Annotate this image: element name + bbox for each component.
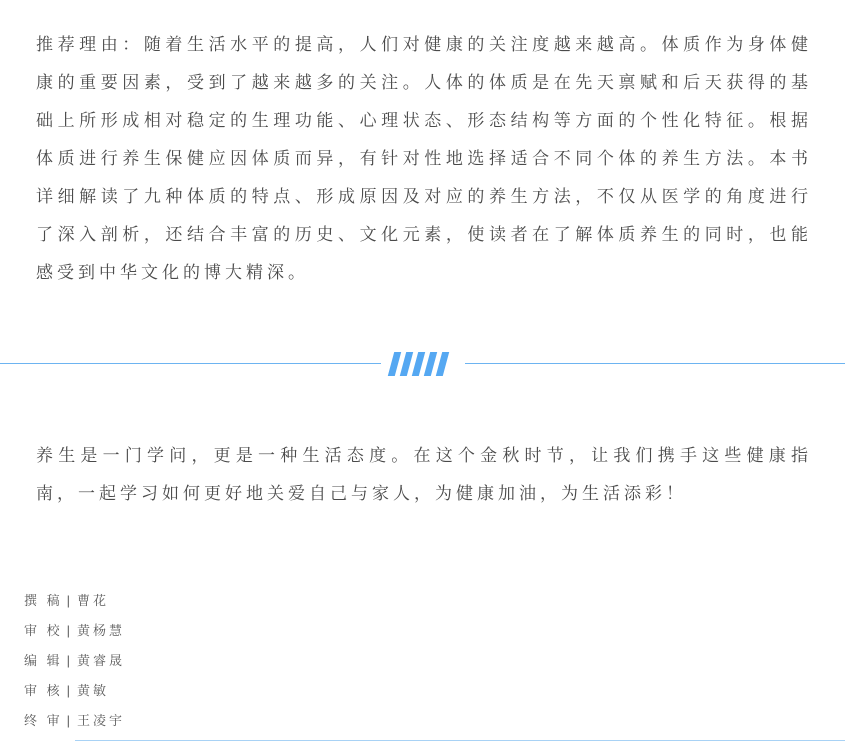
credit-name: 黄睿晟 (77, 653, 125, 668)
credit-row: 撰 稿|曹花 (24, 586, 845, 616)
credit-name: 黄杨慧 (77, 623, 125, 638)
divider-line-right (465, 363, 845, 364)
slash-bar (436, 352, 449, 376)
slash-bar (424, 352, 437, 376)
slash-bar (388, 352, 401, 376)
credit-role: 编 辑 (24, 653, 63, 668)
slashes-icon (389, 351, 449, 376)
article-body: 推荐理由：随着生活水平的提高，人们对健康的关注度越来越高。体质作为身体健康的重要… (0, 0, 845, 736)
credit-separator: | (67, 676, 70, 706)
bottom-divider (75, 740, 845, 741)
divider-line-left (0, 363, 381, 364)
credit-row: 终 审|王凌宇 (24, 706, 845, 736)
slash-bar (412, 352, 425, 376)
credit-separator: | (67, 616, 70, 646)
recommendation-paragraph: 推荐理由：随着生活水平的提高，人们对健康的关注度越来越高。体质作为身体健康的重要… (36, 26, 812, 292)
credits-list: 撰 稿|曹花 审 校|黄杨慧 编 辑|黄睿晟 审 核|黄敏 终 审|王凌宇 (0, 586, 845, 736)
credit-row: 编 辑|黄睿晟 (24, 646, 845, 676)
credit-separator: | (67, 646, 70, 676)
credit-role: 撰 稿 (24, 593, 63, 608)
credit-name: 王凌宇 (77, 713, 125, 728)
closing-paragraph: 养生是一门学问，更是一种生活态度。在这个金秋时节，让我们携手这些健康指南，一起学… (36, 437, 812, 513)
credit-row: 审 校|黄杨慧 (24, 616, 845, 646)
recommendation-section: 推荐理由：随着生活水平的提高，人们对健康的关注度越来越高。体质作为身体健康的重要… (0, 0, 845, 292)
section-divider (0, 351, 845, 376)
credit-name: 黄敏 (77, 683, 109, 698)
closing-section: 养生是一门学问，更是一种生活态度。在这个金秋时节，让我们携手这些健康指南，一起学… (0, 437, 845, 513)
credit-role: 审 核 (24, 683, 63, 698)
credit-role: 终 审 (24, 713, 63, 728)
credit-role: 审 校 (24, 623, 63, 638)
slash-bar (400, 352, 413, 376)
credit-separator: | (67, 706, 70, 736)
credit-row: 审 核|黄敏 (24, 676, 845, 706)
credit-name: 曹花 (77, 593, 109, 608)
credit-separator: | (67, 586, 70, 616)
